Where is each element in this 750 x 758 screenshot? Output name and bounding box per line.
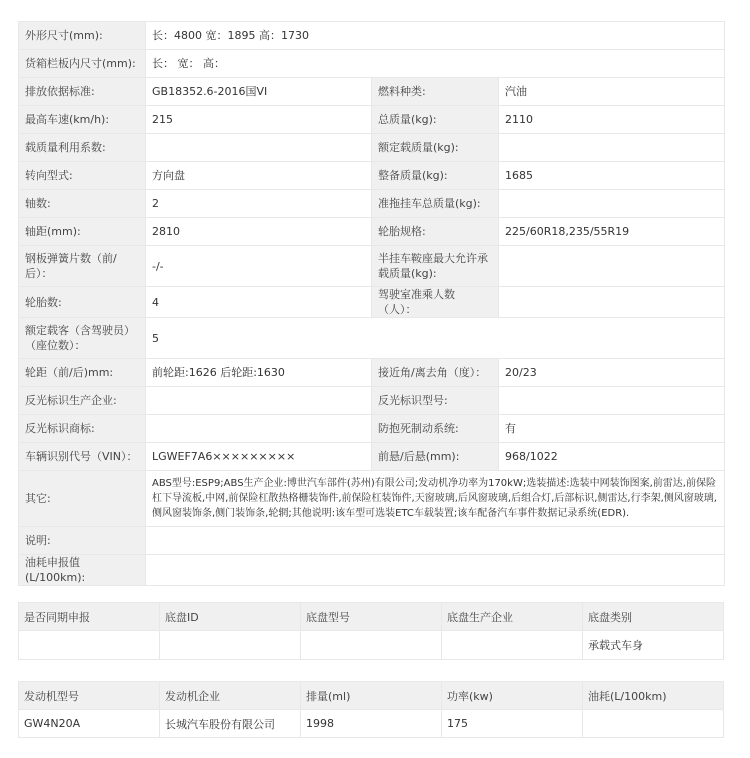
tire-spec-label: 轮胎规格: [372, 218, 499, 246]
chassis-table: 是否同期申报 底盘ID 底盘型号 底盘生产企业 底盘类别 承载式车身 [18, 602, 724, 660]
spec-row-other: 其它: ABS型号:ESP9;ABS生产企业:博世汽车部件(苏州)有限公司;发动… [19, 471, 725, 527]
engine-header-cell: 油耗(L/100km) [583, 682, 724, 710]
reflector-brand-label: 反光标识商标: [19, 415, 146, 443]
tire-count-label: 轮胎数: [19, 287, 146, 318]
other-value: ABS型号:ESP9;ABS生产企业:博世汽车部件(苏州)有限公司;发动机净功率… [146, 471, 725, 527]
total-mass-value: 2110 [499, 106, 725, 134]
notes-value [146, 527, 725, 555]
emission-standard-label: 排放依据标准: [19, 78, 146, 106]
steering-label: 转向型式: [19, 162, 146, 190]
rated-load-label: 额定载质量(kg): [372, 134, 499, 162]
engine-cell: GW4N20A [19, 710, 160, 738]
spec-row: 载质量利用系数: 额定载质量(kg): [19, 134, 725, 162]
spec-row-notes: 说明: [19, 527, 725, 555]
vehicle-spec-table: 外形尺寸(mm): 长：4800 宽：1895 高：1730 货箱栏板内尺寸(m… [18, 21, 725, 586]
emission-standard-value: GB18352.6-2016国VI [146, 78, 372, 106]
saddle-load-label: 半挂车鞍座最大允许承载质量(kg): [372, 246, 499, 287]
vin-value: LGWEF7A6××××××××× [146, 443, 372, 471]
engine-header-cell: 发动机企业 [160, 682, 301, 710]
wheelbase-value: 2810 [146, 218, 372, 246]
reflector-model-label: 反光标识型号: [372, 387, 499, 415]
engine-header-cell: 排量(ml) [301, 682, 442, 710]
chassis-header-cell: 底盘生产企业 [442, 603, 583, 631]
chassis-header-cell: 底盘类别 [583, 603, 724, 631]
top-speed-value: 215 [146, 106, 372, 134]
chassis-header-cell: 底盘型号 [301, 603, 442, 631]
cargo-box-label: 货箱栏板内尺寸(mm): [19, 50, 146, 78]
table-row: 承载式车身 [19, 631, 724, 660]
fuel-type-value: 汽油 [499, 78, 725, 106]
tire-count-value: 4 [146, 287, 372, 318]
spec-row: 轮距（前/后)mm: 前轮距:1626 后轮距:1630 接近角/离去角（度）：… [19, 359, 725, 387]
reflector-model-value [499, 387, 725, 415]
steering-value: 方向盘 [146, 162, 372, 190]
spec-row-dimensions: 外形尺寸(mm): 长：4800 宽：1895 高：1730 [19, 22, 725, 50]
rated-passengers-value: 5 [146, 318, 725, 359]
dimensions-value: 长：4800 宽：1895 高：1730 [146, 22, 725, 50]
load-utilization-value [146, 134, 372, 162]
spec-row: 排放依据标准: GB18352.6-2016国VI 燃料种类: 汽油 [19, 78, 725, 106]
track-value: 前轮距:1626 后轮距:1630 [146, 359, 372, 387]
saddle-load-value [499, 246, 725, 287]
chassis-header-cell: 是否同期申报 [19, 603, 160, 631]
dimensions-label: 外形尺寸(mm): [19, 22, 146, 50]
spec-row: 额定载客（含驾驶员）（座位数）： 5 [19, 318, 725, 359]
trailer-mass-label: 准拖挂车总质量(kg): [372, 190, 499, 218]
engine-header-row: 发动机型号 发动机企业 排量(ml) 功率(kw) 油耗(L/100km) [19, 682, 724, 710]
engine-cell: 175 [442, 710, 583, 738]
tire-spec-value: 225/60R18,235/55R19 [499, 218, 725, 246]
engine-header-cell: 发动机型号 [19, 682, 160, 710]
fuel-declared-label: 油耗申报值(L/100km): [19, 555, 146, 586]
abs-label: 防抱死制动系统: [372, 415, 499, 443]
spec-row-cargo-box: 货箱栏板内尺寸(mm): 长： 宽： 高： [19, 50, 725, 78]
chassis-cell [442, 631, 583, 660]
spec-row: 轴距(mm): 2810 轮胎规格: 225/60R18,235/55R19 [19, 218, 725, 246]
rated-load-value [499, 134, 725, 162]
approach-departure-label: 接近角/离去角（度）： [372, 359, 499, 387]
chassis-header-row: 是否同期申报 底盘ID 底盘型号 底盘生产企业 底盘类别 [19, 603, 724, 631]
leaf-springs-label: 钢板弹簧片数（前/后）： [19, 246, 146, 287]
chassis-cell [19, 631, 160, 660]
spec-row: 车辆识别代号（VIN）： LGWEF7A6××××××××× 前悬/后悬(mm)… [19, 443, 725, 471]
fuel-type-label: 燃料种类: [372, 78, 499, 106]
chassis-header-cell: 底盘ID [160, 603, 301, 631]
engine-cell: 长城汽车股份有限公司 [160, 710, 301, 738]
spec-row: 反光标识生产企业: 反光标识型号: [19, 387, 725, 415]
leaf-springs-value: -/- [146, 246, 372, 287]
engine-header-cell: 功率(kw) [442, 682, 583, 710]
reflector-maker-value [146, 387, 372, 415]
curb-weight-label: 整备质量(kg): [372, 162, 499, 190]
trailer-mass-value [499, 190, 725, 218]
reflector-maker-label: 反光标识生产企业: [19, 387, 146, 415]
abs-value: 有 [499, 415, 725, 443]
engine-cell [583, 710, 724, 738]
top-speed-label: 最高车速(km/h): [19, 106, 146, 134]
engine-cell: 1998 [301, 710, 442, 738]
spec-row: 钢板弹簧片数（前/后）： -/- 半挂车鞍座最大允许承载质量(kg): [19, 246, 725, 287]
chassis-cell [301, 631, 442, 660]
spec-row: 反光标识商标: 防抱死制动系统: 有 [19, 415, 725, 443]
rated-passengers-label: 额定载客（含驾驶员）（座位数）： [19, 318, 146, 359]
spec-row: 轮胎数: 4 驾驶室准乘人数（人）： [19, 287, 725, 318]
curb-weight-value: 1685 [499, 162, 725, 190]
fuel-declared-value [146, 555, 725, 586]
notes-label: 说明: [19, 527, 146, 555]
chassis-cell: 承载式车身 [583, 631, 724, 660]
track-label: 轮距（前/后)mm: [19, 359, 146, 387]
spec-row-fuel-declared: 油耗申报值(L/100km): [19, 555, 725, 586]
axles-value: 2 [146, 190, 372, 218]
load-utilization-label: 载质量利用系数: [19, 134, 146, 162]
overhang-value: 968/1022 [499, 443, 725, 471]
cab-passengers-value [499, 287, 725, 318]
overhang-label: 前悬/后悬(mm): [372, 443, 499, 471]
wheelbase-label: 轴距(mm): [19, 218, 146, 246]
spec-row: 最高车速(km/h): 215 总质量(kg): 2110 [19, 106, 725, 134]
chassis-cell [160, 631, 301, 660]
cab-passengers-label: 驾驶室准乘人数（人）： [372, 287, 499, 318]
axles-label: 轴数: [19, 190, 146, 218]
spec-row: 轴数: 2 准拖挂车总质量(kg): [19, 190, 725, 218]
spec-row: 转向型式: 方向盘 整备质量(kg): 1685 [19, 162, 725, 190]
table-row: GW4N20A 长城汽车股份有限公司 1998 175 [19, 710, 724, 738]
cargo-box-value: 长： 宽： 高： [146, 50, 725, 78]
total-mass-label: 总质量(kg): [372, 106, 499, 134]
vin-label: 车辆识别代号（VIN）： [19, 443, 146, 471]
other-label: 其它: [19, 471, 146, 527]
engine-table: 发动机型号 发动机企业 排量(ml) 功率(kw) 油耗(L/100km) GW… [18, 681, 724, 738]
reflector-brand-value [146, 415, 372, 443]
approach-departure-value: 20/23 [499, 359, 725, 387]
